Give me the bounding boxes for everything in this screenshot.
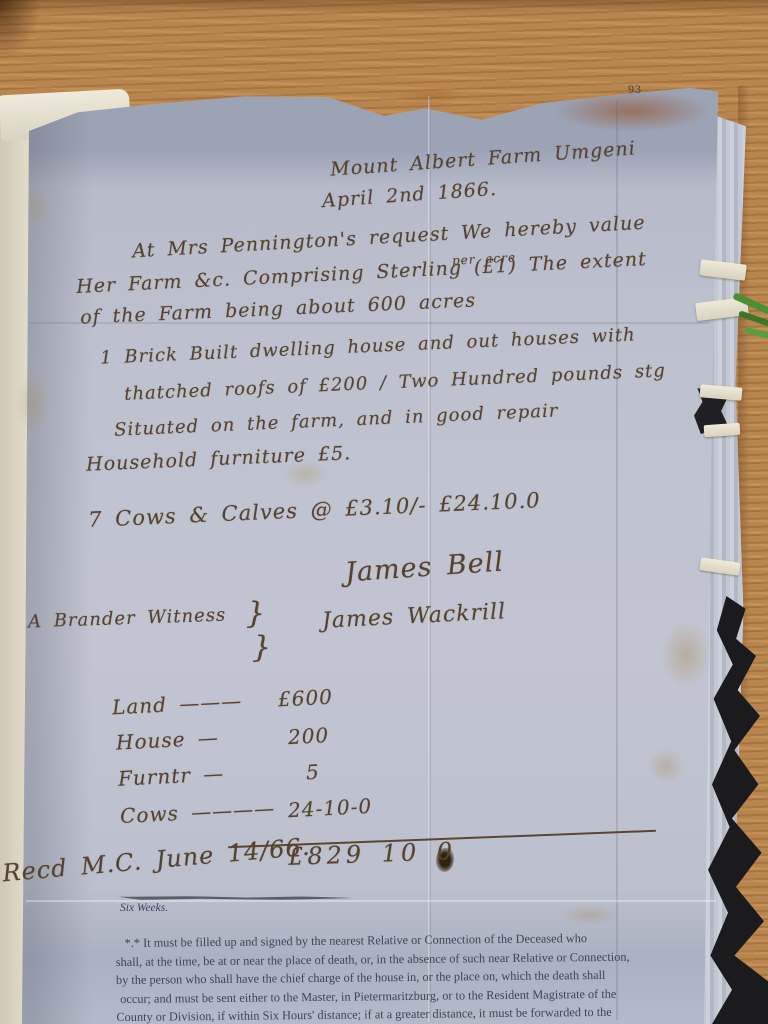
vertical-fold-crease-2: [616, 100, 618, 1020]
paper-tab: [704, 423, 741, 437]
account-value: 5: [305, 760, 320, 785]
rust-stain-small: [396, 86, 466, 106]
witness-brace: }: [246, 596, 266, 631]
six-weeks-label: Six Weeks.: [120, 902, 168, 914]
photograph-of-manuscript: { "page_number": "93", "handwriting": { …: [0, 0, 768, 1024]
account-value: 24-10-0: [287, 794, 372, 822]
desk-corner-shadow: [0, 0, 42, 60]
page-number: 93: [628, 82, 642, 97]
account-value: £600: [277, 685, 333, 712]
account-total: £829 10 0: [288, 837, 457, 871]
witness-brace: }: [252, 630, 272, 665]
desk-wood-top-shade: [0, 0, 768, 14]
account-value: 200: [287, 723, 329, 749]
printed-footnote: *.* It must be filled up and signed by t…: [116, 928, 697, 1024]
